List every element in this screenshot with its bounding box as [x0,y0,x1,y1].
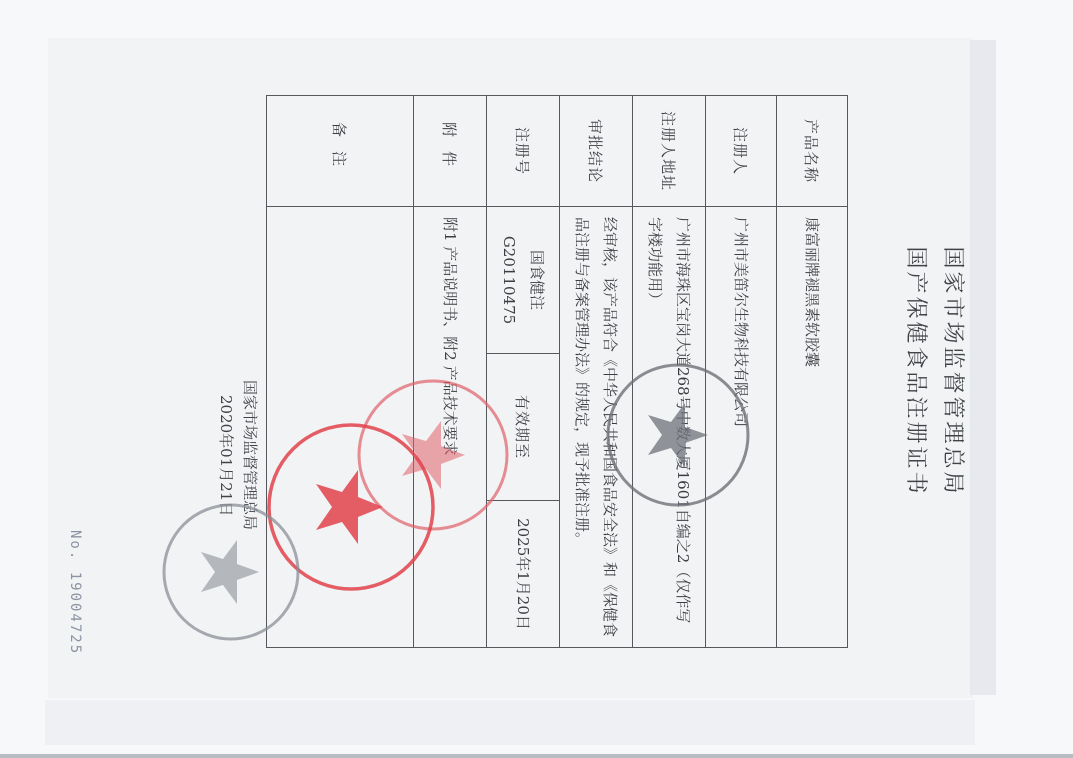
registrant-label: 注册人 [706,96,777,207]
reg-no-label: 注册号 [487,96,560,207]
conclusion-label: 审批结论 [560,96,633,207]
valid-until-label: 有效期至 [487,354,560,501]
row-conclusion: 审批结论 经审核，该产品符合《中华人民共和国食品安全法》和《保健食品注册与备案管… [560,96,633,648]
issuing-authority-heading: 国家市场监督管理总局 [939,95,970,648]
row-product-name: 产品名称 康富丽牌褪黑素软胶囊 [777,96,848,648]
issuer-signature: 国家市场监督管理总局 [240,380,261,530]
reg-no-value: 国食健注G20110475 [487,207,560,354]
address-value: 广州市海珠区宝岗大道268号中数大厦1601自编之2（仅作写字楼功能用） [633,207,706,648]
address-label: 注册人地址 [633,96,706,207]
certificate-table: 产品名称 康富丽牌褪黑素软胶囊 注册人 广州市美笛尔生物科技有限公司 注册人地址… [266,95,848,648]
conclusion-value: 经审核，该产品符合《中华人民共和国食品安全法》和《保健食品注册与备案管理办法》的… [560,207,633,648]
remarks-label: 备注 [267,96,414,207]
registration-certificate: 国家市场监督管理总局 国产保健食品注册证书 产品名称 康富丽牌褪黑素软胶囊 注册… [0,0,1073,758]
serial-number: No. 19004725 [67,530,83,655]
remarks-value [267,207,414,648]
row-registrant: 注册人 广州市美笛尔生物科技有限公司 [706,96,777,648]
attachments-value: 附1 产品说明书、附2 产品技术要求 [414,207,487,648]
product-name-value: 康富丽牌褪黑素软胶囊 [777,207,848,648]
row-attachments: 附件 附1 产品说明书、附2 产品技术要求 [414,96,487,648]
row-remarks: 备注 [267,96,414,648]
row-address: 注册人地址 广州市海珠区宝岗大道268号中数大厦1601自编之2（仅作写字楼功能… [633,96,706,648]
registrant-value: 广州市美笛尔生物科技有限公司 [706,207,777,648]
issue-date: 2020年01月21日 [216,395,237,516]
product-name-label: 产品名称 [777,96,848,207]
valid-until-value: 2025年1月20日 [487,501,560,648]
row-registration-number: 注册号 国食健注G20110475 有效期至 2025年1月20日 [487,96,560,648]
certificate-title: 国产保健食品注册证书 [902,95,933,648]
attachments-label: 附件 [414,96,487,207]
